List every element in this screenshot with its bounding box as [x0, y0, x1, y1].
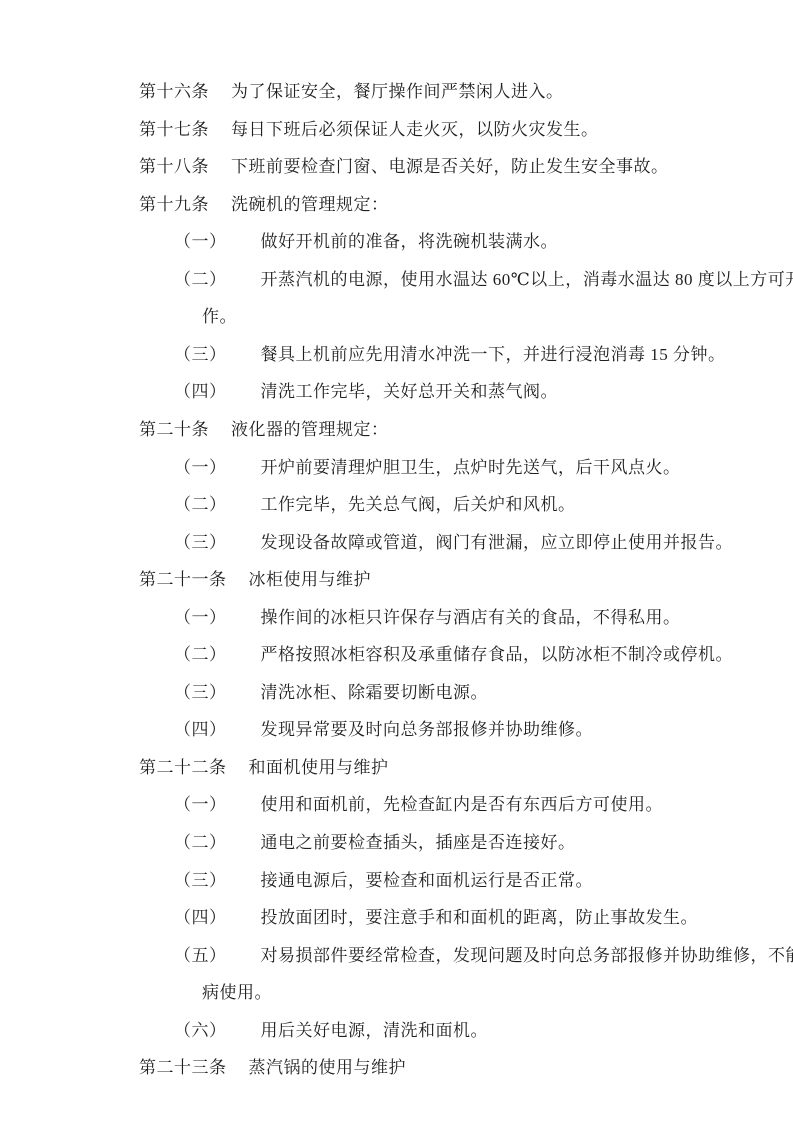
clause-number: 第十九条	[139, 195, 209, 214]
clause-text: 通电之前要检查插头，插座是否连接好。	[261, 833, 576, 852]
clause-number: 第二十二条	[139, 758, 227, 777]
clause-number: （二）	[174, 645, 227, 664]
clause-number: （三）	[174, 871, 227, 890]
clause-text: 投放面团时，要注意手和和面机的距离，防止事故发生。	[261, 908, 699, 927]
clause-text: 开蒸汽机的电源，使用水温达 60℃以上，消毒水温达 80 度以上方可开机工	[261, 270, 793, 289]
clause-number: （六）	[174, 1021, 227, 1040]
document-content: 第十六条为了保证安全，餐厅操作间严禁闲人进入。 第十七条每日下班后必须保证人走火…	[0, 0, 793, 1049]
clause-text: 病使用。	[202, 983, 272, 1002]
clause-text: 蒸汽锅的使用与维护	[249, 1058, 407, 1077]
clause-text: 操作间的冰柜只许保存与酒店有关的食品，不得私用。	[261, 608, 681, 627]
clause-text: 发现异常要及时向总务部报修并协助维修。	[261, 720, 594, 739]
clause-text: 工作完毕，先关总气阀，后关炉和风机。	[261, 495, 576, 514]
clause-text: 清洗冰柜、除霜要切断电源。	[261, 683, 489, 702]
clause-number: 第十八条	[139, 157, 209, 176]
clause-item: （一）做好开机前的准备，将洗碗机装满水。	[0, 186, 793, 224]
clause-number: （三）	[174, 345, 227, 364]
clause-item: （一）开炉前要清理炉胆卫生，点炉时先送气，后干风点火。	[0, 411, 793, 449]
clause-number: 第十七条	[139, 120, 209, 139]
clause-number: （二）	[174, 495, 227, 514]
clause-number: （四）	[174, 908, 227, 927]
clause-text: 使用和面机前，先检查缸内是否有东西后方可使用。	[261, 795, 664, 814]
clause-number: （三）	[174, 533, 227, 552]
clause-number: 第二十一条	[139, 570, 227, 589]
clause-number: （三）	[174, 683, 227, 702]
clause-number: 第十六条	[139, 82, 209, 101]
clause-number: 第二十条	[139, 420, 209, 439]
clause-number: （一）	[174, 795, 227, 814]
clause-text: 每日下班后必须保证人走火灭，以防火灾发生。	[231, 120, 599, 139]
clause-number: （二）	[174, 833, 227, 852]
clause-text: 为了保证安全，餐厅操作间严禁闲人进入。	[231, 82, 564, 101]
clause-number: （一）	[174, 608, 227, 627]
clause-text: 餐具上机前应先用清水冲洗一下，并进行浸泡消毒 15 分钟。	[261, 345, 726, 364]
clause-text: 冰柜使用与维护	[249, 570, 372, 589]
clause-text: 接通电源后，要检查和面机运行是否正常。	[261, 871, 594, 890]
clause-text: 开炉前要清理炉胆卫生，点炉时先送气，后干风点火。	[261, 458, 681, 477]
clause-text: 发现设备故障或管道，阀门有泄漏，应立即停止使用并报告。	[261, 533, 734, 552]
clause-text: 作。	[202, 307, 237, 326]
clause-number: （四）	[174, 382, 227, 401]
clause-text: 对易损部件要经常检查，发现问题及时向总务部报修并协助维修，不能带	[261, 946, 793, 965]
clause-item: （三）餐具上机前应先用清水冲洗一下，并进行浸泡消毒 15 分钟。	[0, 298, 793, 336]
clause-number: （四）	[174, 720, 227, 739]
clause-text: 严格按照冰柜容积及承重储存食品，以防冰柜不制冷或停机。	[261, 645, 734, 664]
clause-item: （一）操作间的冰柜只许保存与酒店有关的食品，不得私用。	[0, 561, 793, 599]
clause-number: 第二十三条	[139, 1058, 227, 1077]
clause-text: 和面机使用与维护	[249, 758, 389, 777]
clause-number: （二）	[174, 270, 227, 289]
clause-text: 洗碗机的管理规定：	[231, 195, 389, 214]
clause-text: 清洗工作完毕，关好总开关和蒸气阀。	[261, 382, 559, 401]
clause-item: （一）使用和面机前，先检查缸内是否有东西后方可使用。	[0, 749, 793, 787]
clause-number: （五）	[174, 946, 227, 965]
clause-text: 液化器的管理规定：	[231, 420, 389, 439]
clause-text: 下班前要检查门窗、电源是否关好，防止发生安全事故。	[231, 157, 669, 176]
document-page: 第十六条为了保证安全，餐厅操作间严禁闲人进入。 第十七条每日下班后必须保证人走火…	[0, 0, 793, 1122]
clause-item: （六）用后关好电源，清洗和面机。	[0, 974, 793, 1012]
clause-text: 用后关好电源，清洗和面机。	[261, 1021, 489, 1040]
article-heading: 第十六条为了保证安全，餐厅操作间严禁闲人进入。	[0, 36, 793, 74]
clause-number: （一）	[174, 232, 227, 251]
clause-text: 做好开机前的准备，将洗碗机装满水。	[261, 232, 559, 251]
clause-number: （一）	[174, 458, 227, 477]
